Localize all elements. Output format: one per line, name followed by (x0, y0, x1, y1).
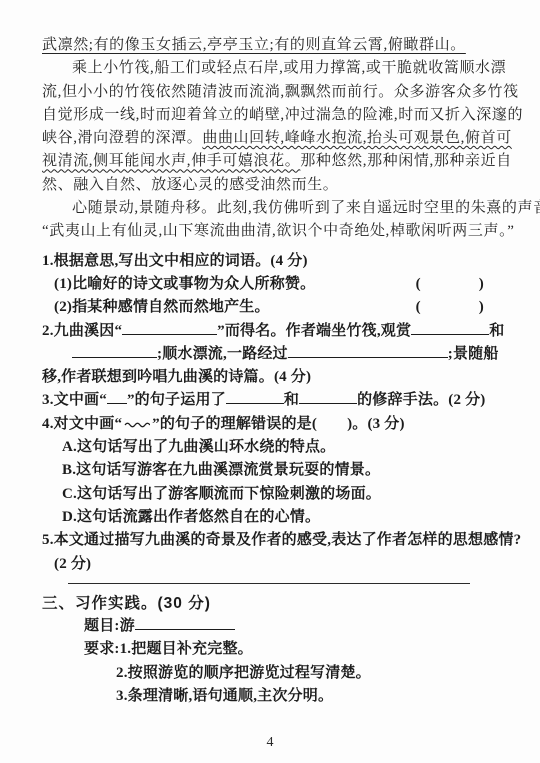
passage-line-7: 然、融入自然、放逐心灵的感受油然而生。 (42, 174, 508, 197)
question-3-text-4: 的修辞手法。(2 分) (357, 392, 485, 408)
question-2-text-1: 2.九曲溪因“ (42, 323, 122, 339)
fill-in-blank (122, 321, 217, 335)
question-3-text-1: 3.文中画“ (42, 392, 107, 408)
question-4-option-c: C.这句话写出了游客顺流而下惊险刺激的场面。 (42, 483, 508, 506)
question-4-text-3: )。(3 分) (347, 416, 405, 432)
wavy-underlined-sentence-part-1: 曲曲山回转,峰峰水抱流,抬头可观景色,俯首可 (202, 130, 511, 146)
question-2-text-4: ;顺水漂流,一路经过 (157, 346, 288, 362)
question-2-text-5: ;景随船 (448, 346, 499, 362)
question-2-line-2: ;顺水漂流,一路经过;景随船 (42, 343, 508, 366)
question-1-item-1: (1)比喻好的诗文或事物为众人所称赞。 () (42, 273, 508, 296)
composition-title-row: 题目:游 (42, 615, 508, 638)
fill-in-blank (72, 344, 157, 358)
requirement-3: 3.条理清晰,语句通顺,主次分明。 (42, 685, 508, 708)
question-5-line-2: (2 分) (42, 553, 508, 576)
answer-bracket-2: () (416, 296, 484, 319)
passage-line-3: 流,但小小的竹筏依然随清波而流淌,飘飘然而前行。众多游客众多竹筏 (42, 81, 508, 104)
question-1-item-2-text: (2)指某种感情自然而然地产生。 (54, 296, 270, 319)
question-4-option-b: B.这句话写游客在九曲溪漂流赏景玩耍的情景。 (42, 459, 508, 482)
requirement-2: 2.按照游览的顺序把游览过程写清楚。 (42, 662, 508, 685)
question-4-text-1: 4.对文中画“ (42, 416, 122, 432)
passage-line-8: 心随景动,景随舟移。此刻,我仿佛听到了来自遥远时空里的朱熹的声音: (42, 197, 508, 220)
passage-line-6-plain: 那种悠然,那种闲情,那种亲近自 (300, 153, 512, 169)
question-1-item-2: (2)指某种感情自然而然地产生。 () (42, 296, 508, 319)
fill-in-blank (299, 390, 357, 404)
composition-title-label: 题目:游 (84, 618, 135, 634)
question-2-text-2: ”而得名。作者端坐竹筏,观赏 (217, 323, 411, 339)
question-2-line-1: 2.九曲溪因“”而得名。作者端坐竹筏,观赏和 (42, 320, 508, 343)
question-4-text-2: ”的句子的理解错误的是( (152, 416, 317, 432)
requirement-1: 要求:1.把题目补充完整。 (42, 638, 508, 661)
exam-paper-page: 武凛然;有的像玉女插云,亭亭玉立;有的则直耸云霄,俯瞰群山。 乘上小竹筏,船工们… (0, 0, 540, 763)
open-paren: ( (416, 273, 421, 296)
question-2-line-3: 移,作者联想到吟唱九曲溪的诗篇。(4 分) (42, 366, 508, 389)
passage-line-5-plain: 峡谷,滑向澄碧的深潭。 (42, 130, 202, 146)
straight-line-mark (107, 390, 127, 404)
open-paren: ( (416, 296, 421, 319)
answer-bracket-1: () (416, 273, 484, 296)
title-fill-in-blank (135, 616, 235, 630)
question-4: 4.对文中画“”的句子的理解错误的是()。(3 分) (42, 413, 508, 436)
passage-line-4: 自觉形成一线,时而迎着耸立的峭壁,冲过湍急的险滩,时而又折入深邃的 (42, 104, 508, 127)
question-block: 1.根据意思,写出文中相应的词语。(4 分) (1)比喻好的诗文或事物为众人所称… (42, 250, 508, 709)
fill-in-blank (411, 321, 489, 335)
question-1-item-1-text: (1)比喻好的诗文或事物为众人所称赞。 (54, 273, 315, 296)
passage-line-5: 峡谷,滑向澄碧的深潭。曲曲山回转,峰峰水抱流,抬头可观景色,俯首可 (42, 127, 508, 150)
question-4-option-a: A.这句话写出了九曲溪山环水绕的特点。 (42, 436, 508, 459)
passage-line-9: “武夷山上有仙灵,山下寒流曲曲清,欲识个中奇绝处,棹歌闲听两三声。” (42, 220, 508, 243)
wavy-line-mark (124, 413, 150, 436)
question-3: 3.文中画“”的句子运用了和的修辞手法。(2 分) (42, 389, 508, 412)
question-3-text-3: 和 (284, 392, 299, 408)
question-4-option-d: D.这句话流露出作者悠然自在的心情。 (42, 506, 508, 529)
straight-underlined-sentence: 武凛然;有的像玉女插云,亭亭玉立;有的则直耸云霄,俯瞰群山。 (42, 37, 466, 53)
reading-passage: 武凛然;有的像玉女插云,亭亭玉立;有的则直耸云霄,俯瞰群山。 乘上小竹筏,船工们… (42, 34, 508, 244)
page-number: 4 (0, 735, 540, 751)
fill-in-blank (226, 390, 284, 404)
answer-writing-line (68, 583, 470, 584)
passage-line-1: 武凛然;有的像玉女插云,亭亭玉立;有的则直耸云霄,俯瞰群山。 (42, 34, 508, 57)
question-1-stem: 1.根据意思,写出文中相应的词语。(4 分) (42, 250, 508, 273)
passage-line-2: 乘上小竹筏,船工们或轻点石岸,或用力撑篙,或干脆就收篙顺水漂 (42, 57, 508, 80)
close-paren: ) (479, 273, 484, 296)
question-2-text-3: 和 (489, 323, 504, 339)
fill-in-blank (288, 344, 448, 358)
question-5-line-1: 5.本文通过描写九曲溪的奇景及作者的感受,表达了作者怎样的思想感情? (42, 529, 508, 552)
question-3-text-2: ”的句子运用了 (127, 392, 226, 408)
passage-line-6: 视清流,侧耳能闻水声,伸手可嬉浪花。那种悠然,那种闲情,那种亲近自 (42, 150, 508, 173)
close-paren: ) (479, 296, 484, 319)
section-3-header: 三、习作实践。(30 分) (42, 592, 508, 615)
section-3-composition: 三、习作实践。(30 分) 题目:游 要求:1.把题目补充完整。 2.按照游览的… (42, 592, 508, 708)
wavy-underlined-sentence-part-2: 视清流,侧耳能闻水声,伸手可嬉浪花。 (42, 153, 300, 169)
